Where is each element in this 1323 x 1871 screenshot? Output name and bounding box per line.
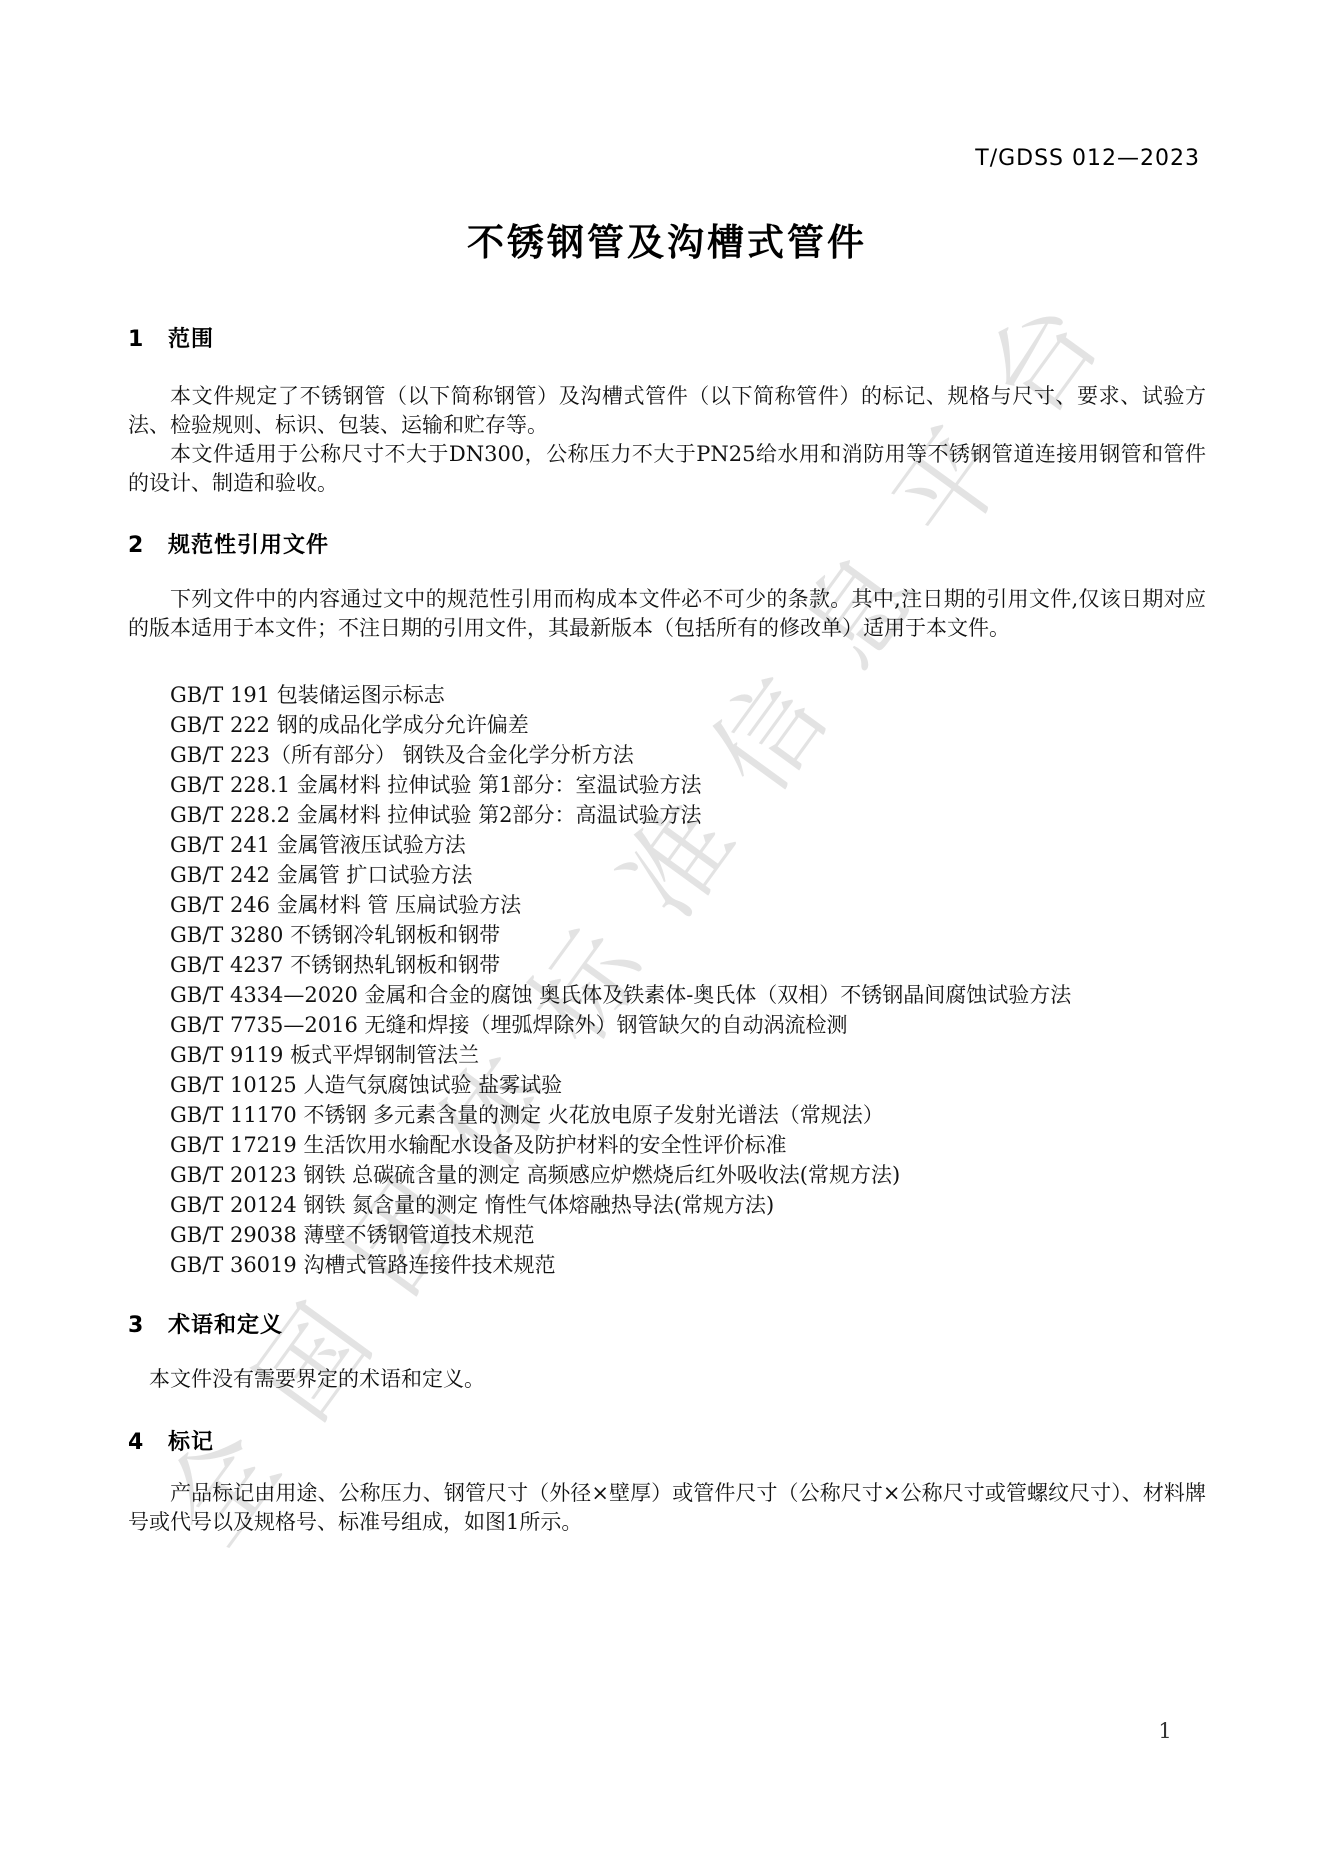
reference-item: GB/T 9119 板式平焊钢制管法兰: [128, 1040, 1206, 1070]
section-2-heading: 2规范性引用文件: [128, 528, 329, 559]
reference-item: GB/T 4237 不锈钢热轧钢板和钢带: [128, 950, 1206, 980]
reference-item: GB/T 228.1 金属材料 拉伸试验 第1部分：室温试验方法: [128, 770, 1206, 800]
reference-item: GB/T 191 包装储运图示标志: [128, 680, 1206, 710]
section-3-title: 术语和定义: [168, 1313, 283, 1338]
reference-item: GB/T 241 金属管液压试验方法: [128, 830, 1206, 860]
reference-item: GB/T 3280 不锈钢冷轧钢板和钢带: [128, 920, 1206, 950]
section-4-body: 产品标记由用途、公称压力、钢管尺寸（外径×壁厚）或管件尺寸（公称尺寸×公称尺寸或…: [128, 1479, 1206, 1537]
reference-item: GB/T 223（所有部分） 钢铁及合金化学分析方法: [128, 740, 1206, 770]
reference-item: GB/T 7735—2016 无缝和焊接（埋弧焊除外）钢管缺欠的自动涡流检测: [128, 1010, 1206, 1040]
section-1-number: 1: [128, 327, 168, 352]
section-3-heading: 3术语和定义: [128, 1308, 283, 1339]
section-1-title: 范围: [168, 327, 214, 352]
reference-item: GB/T 17219 生活饮用水输配水设备及防护材料的安全性评价标准: [128, 1130, 1206, 1160]
section-4-heading: 4标记: [128, 1425, 214, 1456]
document-page: 全国团体标准信息平台 T/GDSS 012—2023 不锈钢管及沟槽式管件 1范…: [0, 0, 1323, 1871]
reference-item: GB/T 10125 人造气氛腐蚀试验 盐雾试验: [128, 1070, 1206, 1100]
section-1-body: 本文件规定了不锈钢管（以下简称钢管）及沟槽式管件（以下简称管件）的标记、规格与尺…: [128, 382, 1206, 498]
reference-item: GB/T 222 钢的成品化学成分允许偏差: [128, 710, 1206, 740]
section-1-heading: 1范围: [128, 322, 214, 353]
section-3-number: 3: [128, 1313, 168, 1338]
section-2-title: 规范性引用文件: [168, 533, 329, 558]
paragraph: 下列文件中的内容通过文中的规范性引用而构成本文件必不可少的条款。其中,注日期的引…: [128, 585, 1206, 643]
document-title: 不锈钢管及沟槽式管件: [128, 212, 1206, 266]
paragraph: 本文件规定了不锈钢管（以下简称钢管）及沟槽式管件（以下简称管件）的标记、规格与尺…: [128, 382, 1206, 440]
reference-item: GB/T 20123 钢铁 总碳硫含量的测定 高频感应炉燃烧后红外吸收法(常规方…: [128, 1160, 1206, 1190]
reference-item: GB/T 242 金属管 扩口试验方法: [128, 860, 1206, 890]
reference-item: GB/T 228.2 金属材料 拉伸试验 第2部分：高温试验方法: [128, 800, 1206, 830]
standard-code: T/GDSS 012—2023: [975, 146, 1200, 171]
reference-item: GB/T 36019 沟槽式管路连接件技术规范: [128, 1250, 1206, 1280]
reference-item: GB/T 4334—2020 金属和合金的腐蚀 奥氏体及铁素体-奥氏体（双相）不…: [128, 980, 1206, 1010]
section-4-title: 标记: [168, 1430, 214, 1455]
paragraph: 本文件适用于公称尺寸不大于DN300，公称压力不大于PN25给水用和消防用等不锈…: [128, 440, 1206, 498]
paragraph: 产品标记由用途、公称压力、钢管尺寸（外径×壁厚）或管件尺寸（公称尺寸×公称尺寸或…: [128, 1479, 1206, 1537]
section-2-number: 2: [128, 533, 168, 558]
reference-item: GB/T 11170 不锈钢 多元素含量的测定 火花放电原子发射光谱法（常规法）: [128, 1100, 1206, 1130]
section-3-body: 本文件没有需要界定的术语和定义。: [128, 1365, 1206, 1394]
section-4-number: 4: [128, 1430, 168, 1455]
reference-list: GB/T 191 包装储运图示标志 GB/T 222 钢的成品化学成分允许偏差 …: [128, 680, 1206, 1280]
page-content: T/GDSS 012—2023 不锈钢管及沟槽式管件 1范围 本文件规定了不锈钢…: [128, 0, 1206, 1871]
reference-item: GB/T 246 金属材料 管 压扁试验方法: [128, 890, 1206, 920]
section-2-intro: 下列文件中的内容通过文中的规范性引用而构成本文件必不可少的条款。其中,注日期的引…: [128, 585, 1206, 643]
page-number: 1: [1150, 1719, 1180, 1743]
paragraph: 本文件没有需要界定的术语和定义。: [128, 1365, 1206, 1394]
reference-item: GB/T 29038 薄壁不锈钢管道技术规范: [128, 1220, 1206, 1250]
reference-item: GB/T 20124 钢铁 氮含量的测定 惰性气体熔融热导法(常规方法): [128, 1190, 1206, 1220]
